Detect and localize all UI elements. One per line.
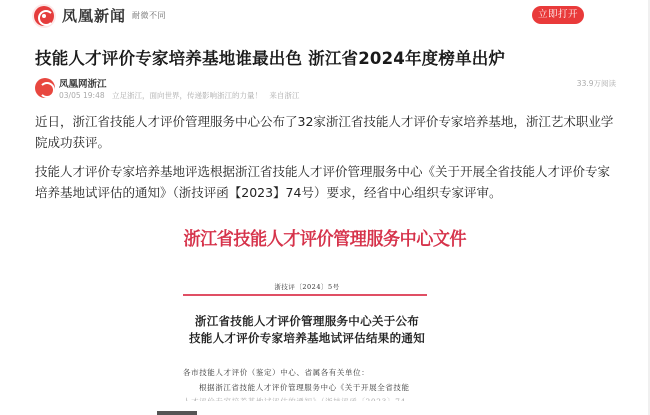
document-image[interactable]: 浙江省技能人才评价管理服务中心文件 浙技评〔2024〕5号 浙江省技能人才评价管…: [157, 210, 457, 415]
ifeng-phoenix-logo-icon: [34, 6, 54, 26]
article-paragraph: 技能人才评价专家培养基地评选根据浙江省技能人才评价管理服务中心《关于开展全省技能…: [35, 161, 615, 203]
article-paragraph: 近日，浙江省技能人才评价管理服务中心公布了32家浙江省技能人才评价专家培养基地，…: [35, 111, 615, 153]
author-slogan: 立足浙江，面向世界，传递影响浙江的力量！: [112, 91, 262, 100]
document-body-line: 人才评价专家培养基地试评估的通知》（浙技评函〔2023〕74: [183, 395, 437, 401]
meta-subline: 03/05 19:48 立足浙江，面向世界，传递影响浙江的力量！ 来自浙江: [59, 90, 304, 101]
document-corner-mark: [157, 411, 197, 415]
open-app-button[interactable]: 立即打开: [532, 6, 584, 24]
document-number: 浙技评〔2024〕5号: [157, 282, 457, 291]
article-meta: 凤凰网浙江 03/05 19:48 立足浙江，面向世界，传递影响浙江的力量！ 来…: [35, 76, 615, 102]
top-bar: 凤凰新闻 耐微不同 立即打开: [0, 0, 650, 30]
article-page: 凤凰新闻 耐微不同 立即打开 技能人才评价专家培养基地谁最出色 浙江省2024年…: [0, 0, 650, 415]
publish-datetime: 03/05 19:48: [59, 91, 105, 100]
document-red-header: 浙江省技能人才评价管理服务中心文件: [184, 225, 431, 251]
document-red-divider: [183, 294, 427, 296]
document-body-line: 根据浙江省技能人才评价管理服务中心《关于开展全省技能: [183, 380, 437, 395]
document-salutation: 各市技能人才评价（鉴定）中心、省属各有关单位：: [183, 365, 437, 380]
author-name[interactable]: 凤凰网浙江: [59, 76, 107, 90]
document-title: 浙江省技能人才评价管理服务中心关于公布 技能人才评价专家培养基地试评估结果的通知: [157, 313, 457, 347]
brand-name: 凤凰新闻: [62, 5, 126, 26]
document-body: 各市技能人才评价（鉴定）中心、省属各有关单位： 根据浙江省技能人才评价管理服务中…: [183, 365, 437, 401]
brand-slogan: 耐微不同: [132, 10, 166, 21]
article-headline: 技能人才评价专家培养基地谁最出色 浙江省2024年度榜单出炉: [35, 45, 505, 69]
read-count: 33.9万阅读: [577, 78, 616, 89]
author-avatar-icon[interactable]: [35, 78, 55, 98]
location-label: 来自浙江: [269, 91, 299, 100]
brand[interactable]: 凤凰新闻 耐微不同: [34, 5, 166, 26]
document-title-line: 技能人才评价专家培养基地试评估结果的通知: [157, 330, 457, 347]
document-title-line: 浙江省技能人才评价管理服务中心关于公布: [157, 313, 457, 330]
